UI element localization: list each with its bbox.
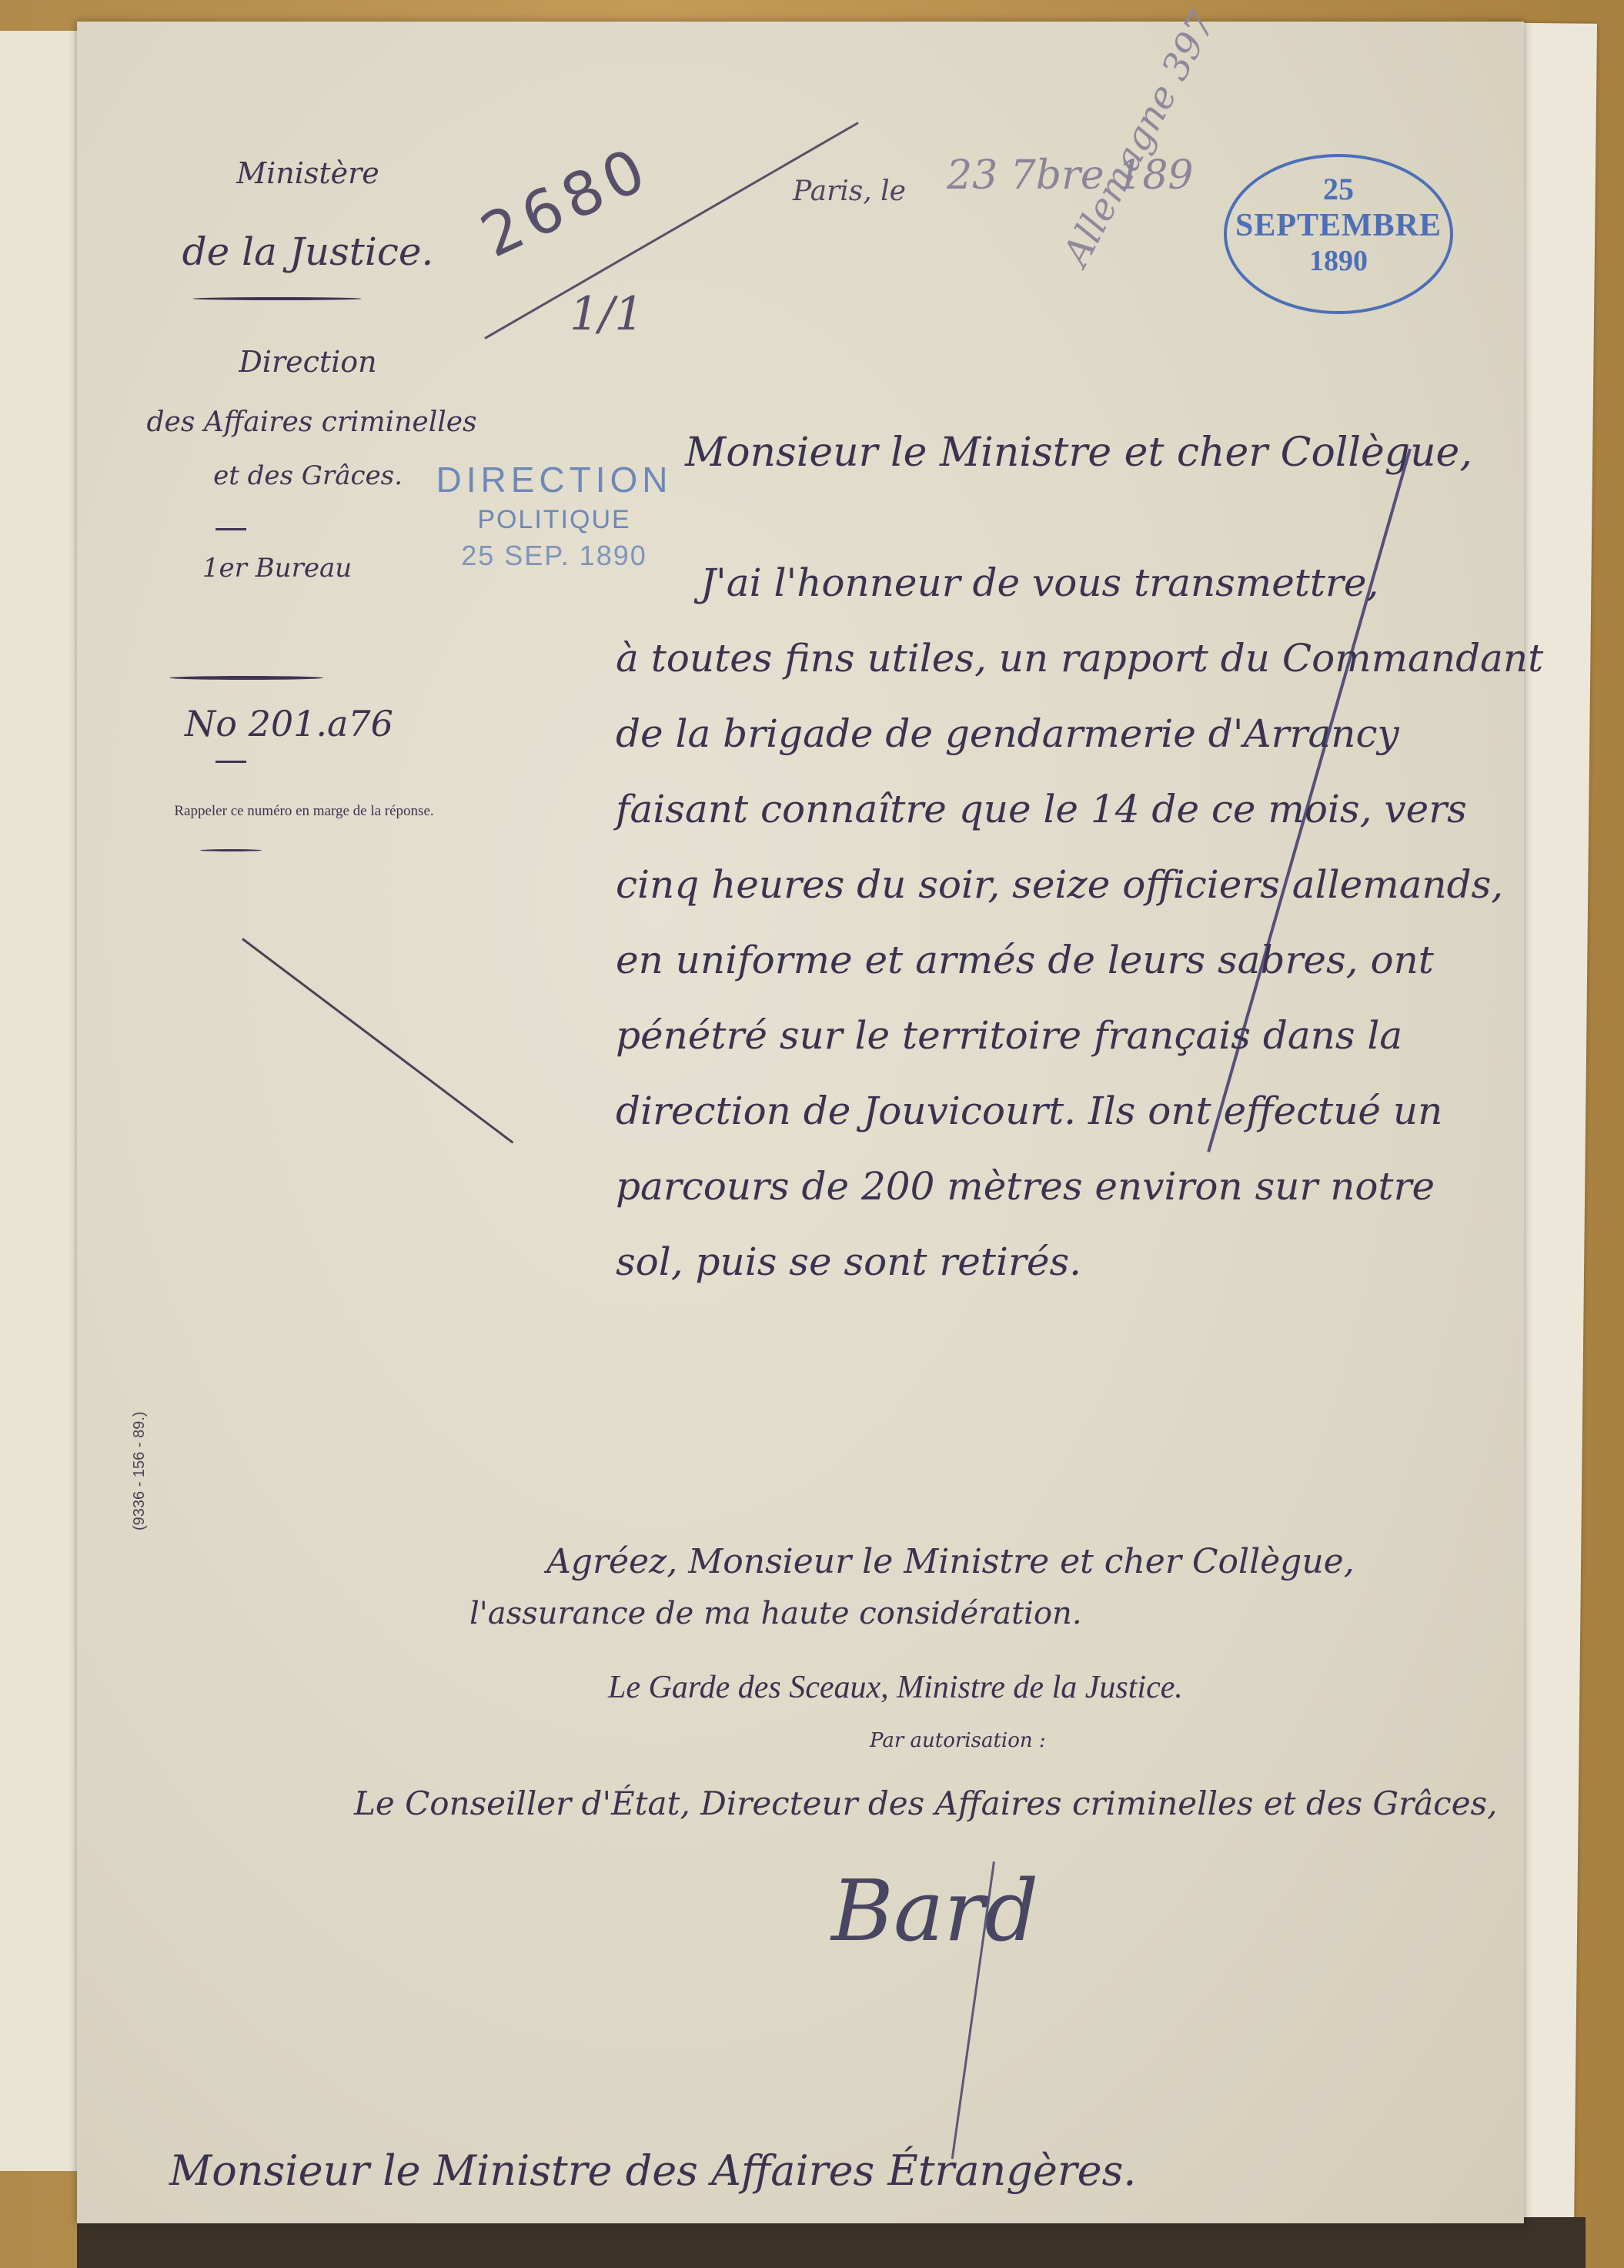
letter-body: J'ai l'honneur de vous transmettre, à to… <box>616 545 1570 1300</box>
body-line: direction de Jouvicourt. Ils ont effectu… <box>616 1073 1570 1149</box>
body-line: parcours de 200 mètres environ sur notre <box>616 1149 1570 1224</box>
body-line: faisant connaître que le 14 de ce mois, … <box>616 771 1570 847</box>
body-line: à toutes fins utiles, un rapport du Comm… <box>616 621 1570 696</box>
letterhead-direction: Direction <box>208 345 408 379</box>
letterhead-justice: de la Justice. <box>135 229 481 274</box>
body-line: cinq heures du soir, seize officiers all… <box>616 847 1570 922</box>
received-date-stamp: 25 SEPTEMBRE 1890 <box>1224 154 1453 314</box>
by-authorization: Par autorisation : <box>870 1729 1046 1752</box>
stamp-year: 1890 <box>1227 244 1450 278</box>
signatory-title: Le Garde des Sceaux, Ministre de la Just… <box>608 1669 1183 1706</box>
letterhead-affaires-criminelles: des Affaires criminelles <box>119 406 504 438</box>
ornament-divider <box>192 297 362 300</box>
stamp-month: SEPTEMBRE <box>1227 207 1450 244</box>
date-printed-prefix: Paris, le <box>793 176 906 207</box>
reference-number: No 201.a76 <box>185 703 393 744</box>
letterhead-bureau: 1er Bureau <box>162 553 393 584</box>
short-divider <box>216 528 246 530</box>
pencil-classification-note: Allemagne 397 <box>1054 5 1225 273</box>
ornament-divider <box>169 676 323 680</box>
printer-mark: (9336 - 156 - 89.) <box>131 1411 149 1530</box>
body-line: J'ai l'honneur de vous transmettre, <box>616 545 1570 621</box>
short-divider <box>216 761 246 763</box>
desk-shadow-bottom <box>77 2217 1586 2268</box>
stamp-direction: DIRECTION <box>400 459 708 500</box>
salutation: Monsieur le Ministre et cher Collègue, <box>685 430 1472 476</box>
letter-page: Ministère de la Justice. Direction des A… <box>77 22 1524 2223</box>
signature: Bard <box>831 1862 1038 1960</box>
stamp-politique: POLITIQUE <box>400 505 708 535</box>
reference-note: Rappeler ce numéro en marge de la répons… <box>123 803 485 820</box>
body-line: en uniforme et armés de leurs sabres, on… <box>616 922 1570 998</box>
underlying-sheet-left <box>0 31 86 2171</box>
director-line: Le Conseiller d'État, Directeur des Affa… <box>354 1785 1497 1822</box>
addressee: Monsieur le Ministre des Affaires Étrang… <box>169 2146 1136 2195</box>
body-line: pénétré sur le territoire français dans … <box>616 998 1570 1073</box>
stamp-day: 25 <box>1227 171 1450 207</box>
body-line: de la brigade de gendarmerie d'Arrancy <box>616 696 1570 771</box>
closing-formula: Agréez, Monsieur le Ministre et cher Col… <box>546 1530 1355 1594</box>
body-line: sol, puis se sont retirés. <box>616 1224 1570 1300</box>
pencil-fraction: 1/1 <box>570 287 644 341</box>
date-handwritten: 23 7bre 189 <box>947 152 1193 199</box>
closing-formula-2: l'assurance de ma haute considération. <box>469 1596 1082 1631</box>
ornament-divider <box>200 849 262 851</box>
letterhead-ministry: Ministère <box>208 156 408 190</box>
margin-strike-line <box>242 938 513 1143</box>
